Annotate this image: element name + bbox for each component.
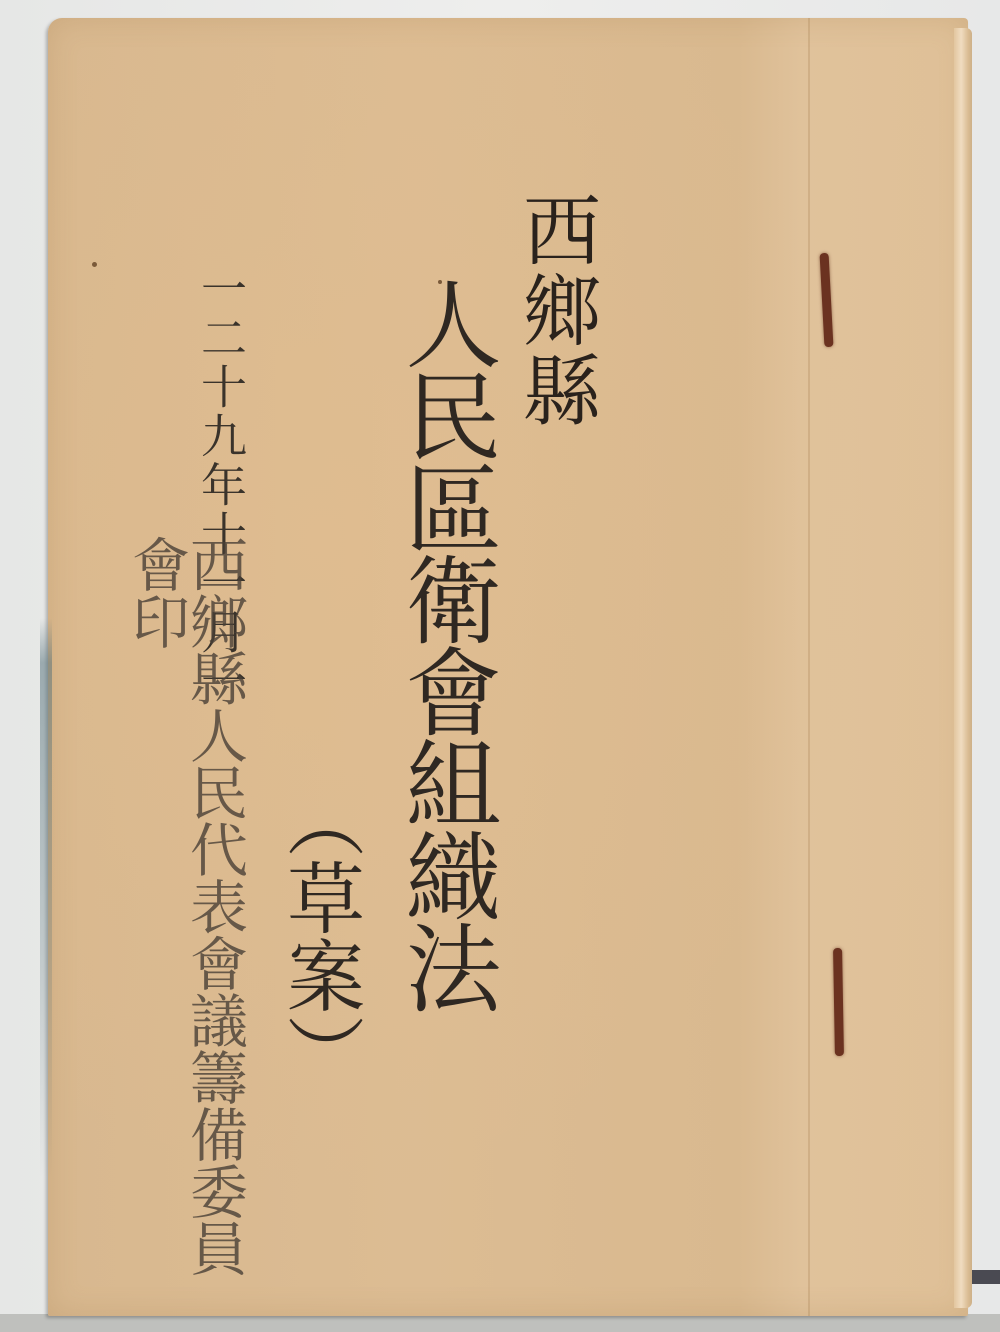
- stain-mark: [40, 618, 52, 1178]
- page-edges: [954, 28, 972, 1308]
- cover-fold-line: [808, 18, 810, 1316]
- county-name: 西鄉縣: [516, 190, 594, 430]
- document-title: 人民區衛會組織法: [398, 275, 494, 1011]
- staple-bottom-icon: [833, 948, 844, 1056]
- publisher: 西鄉縣人民代表會議籌備委員會印: [127, 535, 243, 1332]
- staple-top-icon: [820, 253, 834, 347]
- paper-speck: [92, 262, 97, 267]
- draft-label: （草案）: [280, 780, 358, 1092]
